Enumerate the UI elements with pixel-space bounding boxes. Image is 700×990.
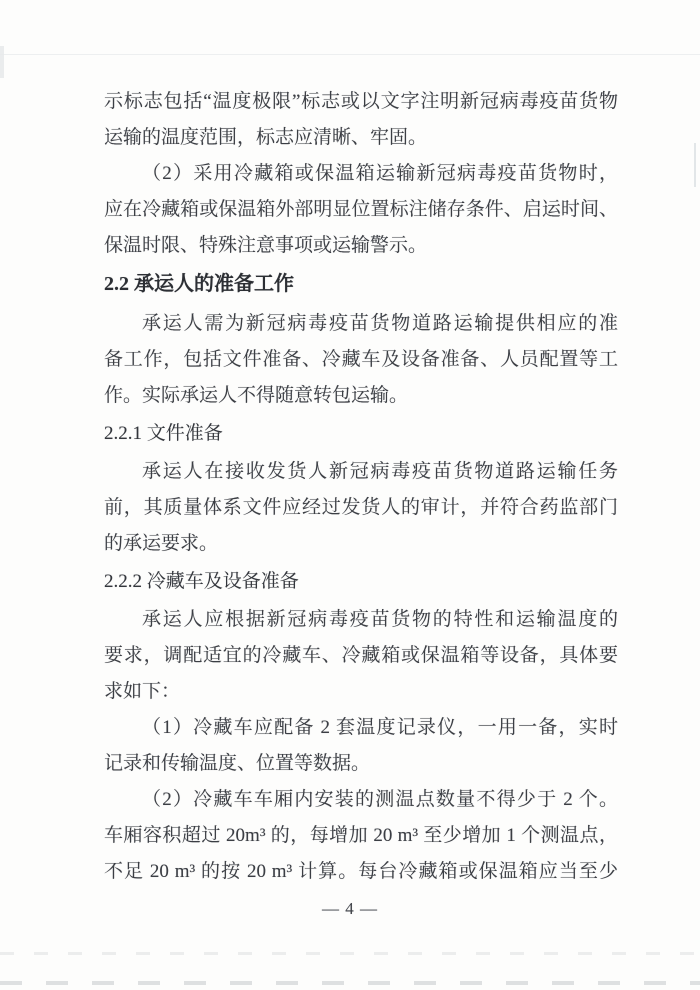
body-line: （2）冷藏车车厢内安装的测温点数量不得少于 2 个。 bbox=[104, 782, 618, 818]
body-line: 保温时限、特殊注意事项或运输警示。 bbox=[104, 228, 618, 264]
body-line: 记录和传输温度、位置等数据。 bbox=[104, 746, 618, 782]
body-line: 求如下： bbox=[104, 674, 618, 710]
subsection-heading: 2.2.2 冷藏车及设备准备 bbox=[104, 564, 618, 600]
scan-artifact-left-notch bbox=[0, 46, 4, 78]
body-line: 承运人应根据新冠病毒疫苗货物的特性和运输温度的 bbox=[104, 602, 618, 638]
scanned-document-page: 示标志包括“温度极限”标志或以文字注明新冠病毒疫苗货物运输的温度范围，标志应清晰… bbox=[0, 0, 700, 990]
body-line: 备工作，包括文件准备、冷藏车及设备准备、人员配置等工 bbox=[104, 342, 618, 378]
body-line: 示标志包括“温度极限”标志或以文字注明新冠病毒疫苗货物 bbox=[104, 84, 618, 120]
body-line: 运输的温度范围，标志应清晰、牢固。 bbox=[104, 120, 618, 156]
section-heading: 2.2 承运人的准备工作 bbox=[104, 266, 618, 302]
body-line: 承运人在接收发货人新冠病毒疫苗货物道路运输任务 bbox=[104, 454, 618, 490]
scan-artifact-right-line bbox=[694, 143, 696, 187]
scan-artifact-bottom-edge bbox=[0, 981, 700, 985]
body-line: （2）采用冷藏箱或保温箱运输新冠病毒疫苗货物时， bbox=[104, 156, 618, 192]
scan-artifact-top-line bbox=[0, 54, 700, 55]
subsection-heading: 2.2.1 文件准备 bbox=[104, 416, 618, 452]
body-line: 不足 20 m³ 的按 20 m³ 计算。每台冷藏箱或保温箱应当至少 bbox=[104, 854, 618, 890]
document-body: 示标志包括“温度极限”标志或以文字注明新冠病毒疫苗货物运输的温度范围，标志应清晰… bbox=[104, 84, 618, 890]
body-line: 作。实际承运人不得随意转包运输。 bbox=[104, 378, 618, 414]
body-line: 前，其质量体系文件应经过发货人的审计，并符合药监部门 bbox=[104, 490, 618, 526]
body-line: 应在冷藏箱或保温箱外部明显位置标注储存条件、启运时间、 bbox=[104, 192, 618, 228]
body-line: 车厢容积超过 20m³ 的，每增加 20 m³ 至少增加 1 个测温点， bbox=[104, 818, 618, 854]
scan-artifact-bottom-dashes bbox=[0, 952, 700, 955]
page-number: — 4 — bbox=[0, 899, 700, 919]
body-line: 承运人需为新冠病毒疫苗货物道路运输提供相应的准 bbox=[104, 306, 618, 342]
body-line: （1）冷藏车应配备 2 套温度记录仪，一用一备，实时 bbox=[104, 710, 618, 746]
body-line: 要求，调配适宜的冷藏车、冷藏箱或保温箱等设备，具体要 bbox=[104, 638, 618, 674]
body-line: 的承运要求。 bbox=[104, 526, 618, 562]
